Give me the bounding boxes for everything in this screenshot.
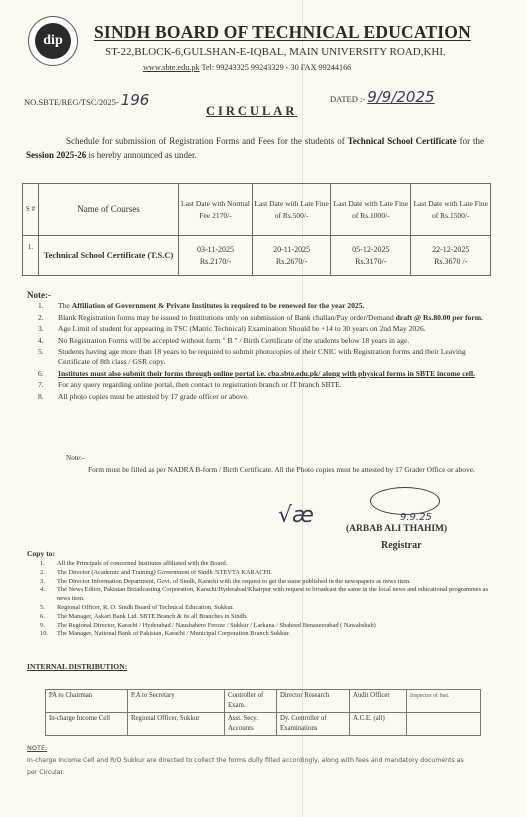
dist-cell: Director Research — [277, 690, 350, 713]
logo-emblem-icon: dip — [35, 23, 71, 59]
item-text: Regional Officer, R. O. Sindh Board of T… — [57, 604, 490, 613]
initials-signature-icon: √æ — [278, 503, 314, 528]
item-number: 3. — [40, 578, 57, 587]
list-item: 1.All the Principals of concerned Instit… — [40, 560, 490, 569]
item-number: 4. — [40, 586, 57, 604]
item-text: The Director Information Department, Gov… — [57, 578, 490, 587]
intro-text: is hereby announced as under. — [86, 150, 196, 160]
signatory-designation: Registrar — [381, 540, 422, 551]
intro-bold-session: Session 2025-26 — [26, 150, 86, 160]
sub-note-heading: Note:- — [66, 454, 84, 462]
intro-paragraph: Schedule for submission of Registration … — [26, 134, 484, 162]
intro-bold-course: Technical School Certificate — [348, 136, 457, 146]
note-item: 4.No Registration Forms will be accepted… — [38, 336, 498, 346]
dist-cell: Inspector of Inst. — [407, 690, 481, 713]
item-number: 9. — [40, 622, 57, 631]
note-number: 7. — [38, 380, 58, 390]
dist-cell: P.A to Secretary — [128, 690, 225, 713]
header-course-name: Name of Courses — [39, 184, 179, 236]
note-text: Students having age more than 18 years t… — [58, 347, 498, 367]
fee-value: Rs.2170/- — [179, 256, 252, 268]
date-handwritten-value: 9/9/2025 — [367, 88, 434, 106]
header-late-fine-500: Last Date with Late Fine of Rs.500/- — [253, 184, 331, 236]
row-serial: 1. — [23, 236, 39, 276]
note-plain: Blank Registration forms may be issued t… — [58, 313, 396, 322]
note-text-underlined: Institutes must also submit their forms … — [58, 369, 498, 379]
dist-cell: Controller of Exam. — [225, 690, 277, 713]
note-bold: Affiliation of Government & Private Inst… — [72, 301, 365, 310]
dist-cell: PA to Chairman — [46, 690, 128, 713]
schedule-header-row: S # Name of Courses Last Date with Norma… — [23, 184, 491, 236]
date-value: 22-12-2025 — [411, 244, 490, 256]
note-text: The Affiliation of Government & Private … — [58, 301, 498, 311]
registrar-signature-icon — [370, 487, 440, 515]
date-value: 20-11-2025 — [253, 244, 330, 256]
signature-date: 9.9.25 — [400, 512, 432, 523]
list-item: 5.Regional Officer, R. O. Sindh Board of… — [40, 604, 490, 613]
list-item: 3.The Director Information Department, G… — [40, 578, 490, 587]
final-note-text: In-charge Income Cell and R/O Sukkur are… — [27, 755, 467, 779]
dist-cell: In-charge Income Cell — [46, 713, 128, 736]
reference-handwritten-number: 196 — [121, 91, 150, 109]
note-text: Age Limit of student for appearing in TS… — [58, 324, 498, 334]
note-number: 5. — [38, 347, 58, 367]
item-text: The News Editor, Pakistan Broadcasting C… — [57, 586, 490, 604]
dist-cell: A.C.E. (all) — [350, 713, 407, 736]
reference-number: NO.SBTE/REG/TSC/2025-196 — [24, 91, 149, 109]
row-late-fine-1000: 05-12-2025Rs.3170/- — [331, 236, 411, 276]
list-item: 4.The News Editor, Pakistan Broadcasting… — [40, 586, 490, 604]
organization-name: SINDH BOARD OF TECHNICAL EDUCATION — [94, 22, 471, 43]
list-item: 6.The Manager, Askari Bank Ltd. SBTE Bra… — [40, 613, 490, 622]
note-item: 8.All photo copies must be attested by 1… — [38, 392, 498, 402]
note-item: 3.Age Limit of student for appearing in … — [38, 324, 498, 334]
internal-distribution-heading: INTERNAL DISTRIBUTION: — [27, 662, 127, 671]
note-number: 2. — [38, 313, 58, 323]
date-label: DATED :- — [330, 94, 365, 104]
copy-to-list: 1.All the Principals of concerned Instit… — [40, 560, 490, 639]
row-course-name: Technical School Certificate (T.S.C) — [39, 236, 179, 276]
item-number: 5. — [40, 604, 57, 613]
list-item: 10.The Manager, National Bank of Pakista… — [40, 630, 490, 639]
note-number: 8. — [38, 392, 58, 402]
note-item: 6.Institutes must also submit their form… — [38, 369, 498, 379]
table-row: 1. Technical School Certificate (T.S.C) … — [23, 236, 491, 276]
sbte-logo: dip — [28, 16, 78, 66]
schedule-table: S # Name of Courses Last Date with Norma… — [22, 183, 491, 276]
fee-value: Rs.2670/- — [253, 256, 330, 268]
circular-page: dip SINDH BOARD OF TECHNICAL EDUCATION S… — [0, 0, 526, 817]
document-title: CIRCULAR — [206, 104, 297, 119]
item-text: The Director (Academic and Training) Gov… — [57, 569, 490, 578]
date-field: DATED :-9/9/2025 — [330, 88, 435, 106]
note-plain: The — [58, 301, 72, 310]
notes-heading: Note:- — [27, 290, 51, 300]
intro-text: for the — [457, 136, 484, 146]
header-late-fine-1000: Last Date with Late Fine of Rs.1000/- — [331, 184, 411, 236]
internal-distribution-table: PA to Chairman P.A to Secretary Controll… — [45, 689, 481, 736]
note-text: Blank Registration forms may be issued t… — [58, 313, 498, 323]
header-normal-fee: Last Date with Normal Fee 2170/- — [179, 184, 253, 236]
list-item: 2.The Director (Academic and Training) G… — [40, 569, 490, 578]
item-number: 2. — [40, 569, 57, 578]
note-number: 6. — [38, 369, 58, 379]
note-item: 7.For any query regarding online portal,… — [38, 380, 498, 390]
dist-cell: Audit Officer — [350, 690, 407, 713]
row-normal-fee: 03-11-2025Rs.2170/- — [179, 236, 253, 276]
item-text: The Manager, National Bank of Pakistan, … — [57, 630, 490, 639]
note-text: For any query regarding online portal, t… — [58, 380, 498, 390]
reference-prefix: NO.SBTE/REG/TSC/2025- — [24, 97, 119, 107]
copy-to-heading: Copy to: — [27, 549, 55, 558]
note-item: 2.Blank Registration forms may be issued… — [38, 313, 498, 323]
note-number: 3. — [38, 324, 58, 334]
item-number: 6. — [40, 613, 57, 622]
item-number: 10. — [40, 630, 57, 639]
note-text: No Registration Forms will be accepted w… — [58, 336, 498, 346]
dist-cell: Regional Officer, Sukkur — [128, 713, 225, 736]
date-value: 03-11-2025 — [179, 244, 252, 256]
dist-cell: Dy. Controller of Examinations — [277, 713, 350, 736]
signatory-name: (ARBAB ALI THAHIM) — [346, 524, 447, 534]
date-value: 05-12-2025 — [331, 244, 410, 256]
row-late-fine-1500: 22-12-2025Rs.3670 /- — [411, 236, 491, 276]
table-row: PA to Chairman P.A to Secretary Controll… — [46, 690, 481, 713]
row-late-fine-500: 20-11-2025Rs.2670/- — [253, 236, 331, 276]
table-row: In-charge Income Cell Regional Officer, … — [46, 713, 481, 736]
phone-fax: Tel: 99243325 99243329 - 30 FAX 99244166 — [201, 63, 351, 72]
list-item: 9.The Regional Director, Karachi / Hyder… — [40, 622, 490, 631]
item-text: All the Principals of concerned Institut… — [57, 560, 490, 569]
website-link[interactable]: www.sbte.edu.pk — [143, 63, 200, 72]
header-late-fine-1500: Last Date with Late Fine of Rs.1500/- — [411, 184, 491, 236]
note-item: 5.Students having age more than 18 years… — [38, 347, 498, 367]
item-text: The Regional Director, Karachi / Hyderab… — [57, 622, 490, 631]
note-text: All photo copies must be attested by 17 … — [58, 392, 498, 402]
item-text: The Manager, Askari Bank Ltd. SBTE Branc… — [57, 613, 490, 622]
header-serial: S # — [23, 184, 39, 236]
dist-cell: Asst. Secy. Accounts — [225, 713, 277, 736]
item-number: 1. — [40, 560, 57, 569]
notes-list: 1.The Affiliation of Government & Privat… — [38, 301, 498, 403]
fee-value: Rs.3670 /- — [411, 256, 490, 268]
final-note-heading: NOTE: — [27, 744, 47, 752]
note-bold: draft @ Rs.80.00 per form. — [396, 313, 483, 322]
fee-value: Rs.3170/- — [331, 256, 410, 268]
dist-cell — [407, 713, 481, 736]
note-item: 1.The Affiliation of Government & Privat… — [38, 301, 498, 311]
note-number: 1. — [38, 301, 58, 311]
organization-contact: www.sbte.edu.pk Tel: 99243325 99243329 -… — [143, 63, 351, 72]
sub-note-text: Form must be filled as per NADRA B-form … — [88, 465, 498, 475]
organization-address: ST-22,BLOCK-6,GULSHAN-E-IQBAL, MAIN UNIV… — [105, 46, 446, 58]
intro-text: Schedule for submission of Registration … — [66, 136, 348, 146]
note-number: 4. — [38, 336, 58, 346]
